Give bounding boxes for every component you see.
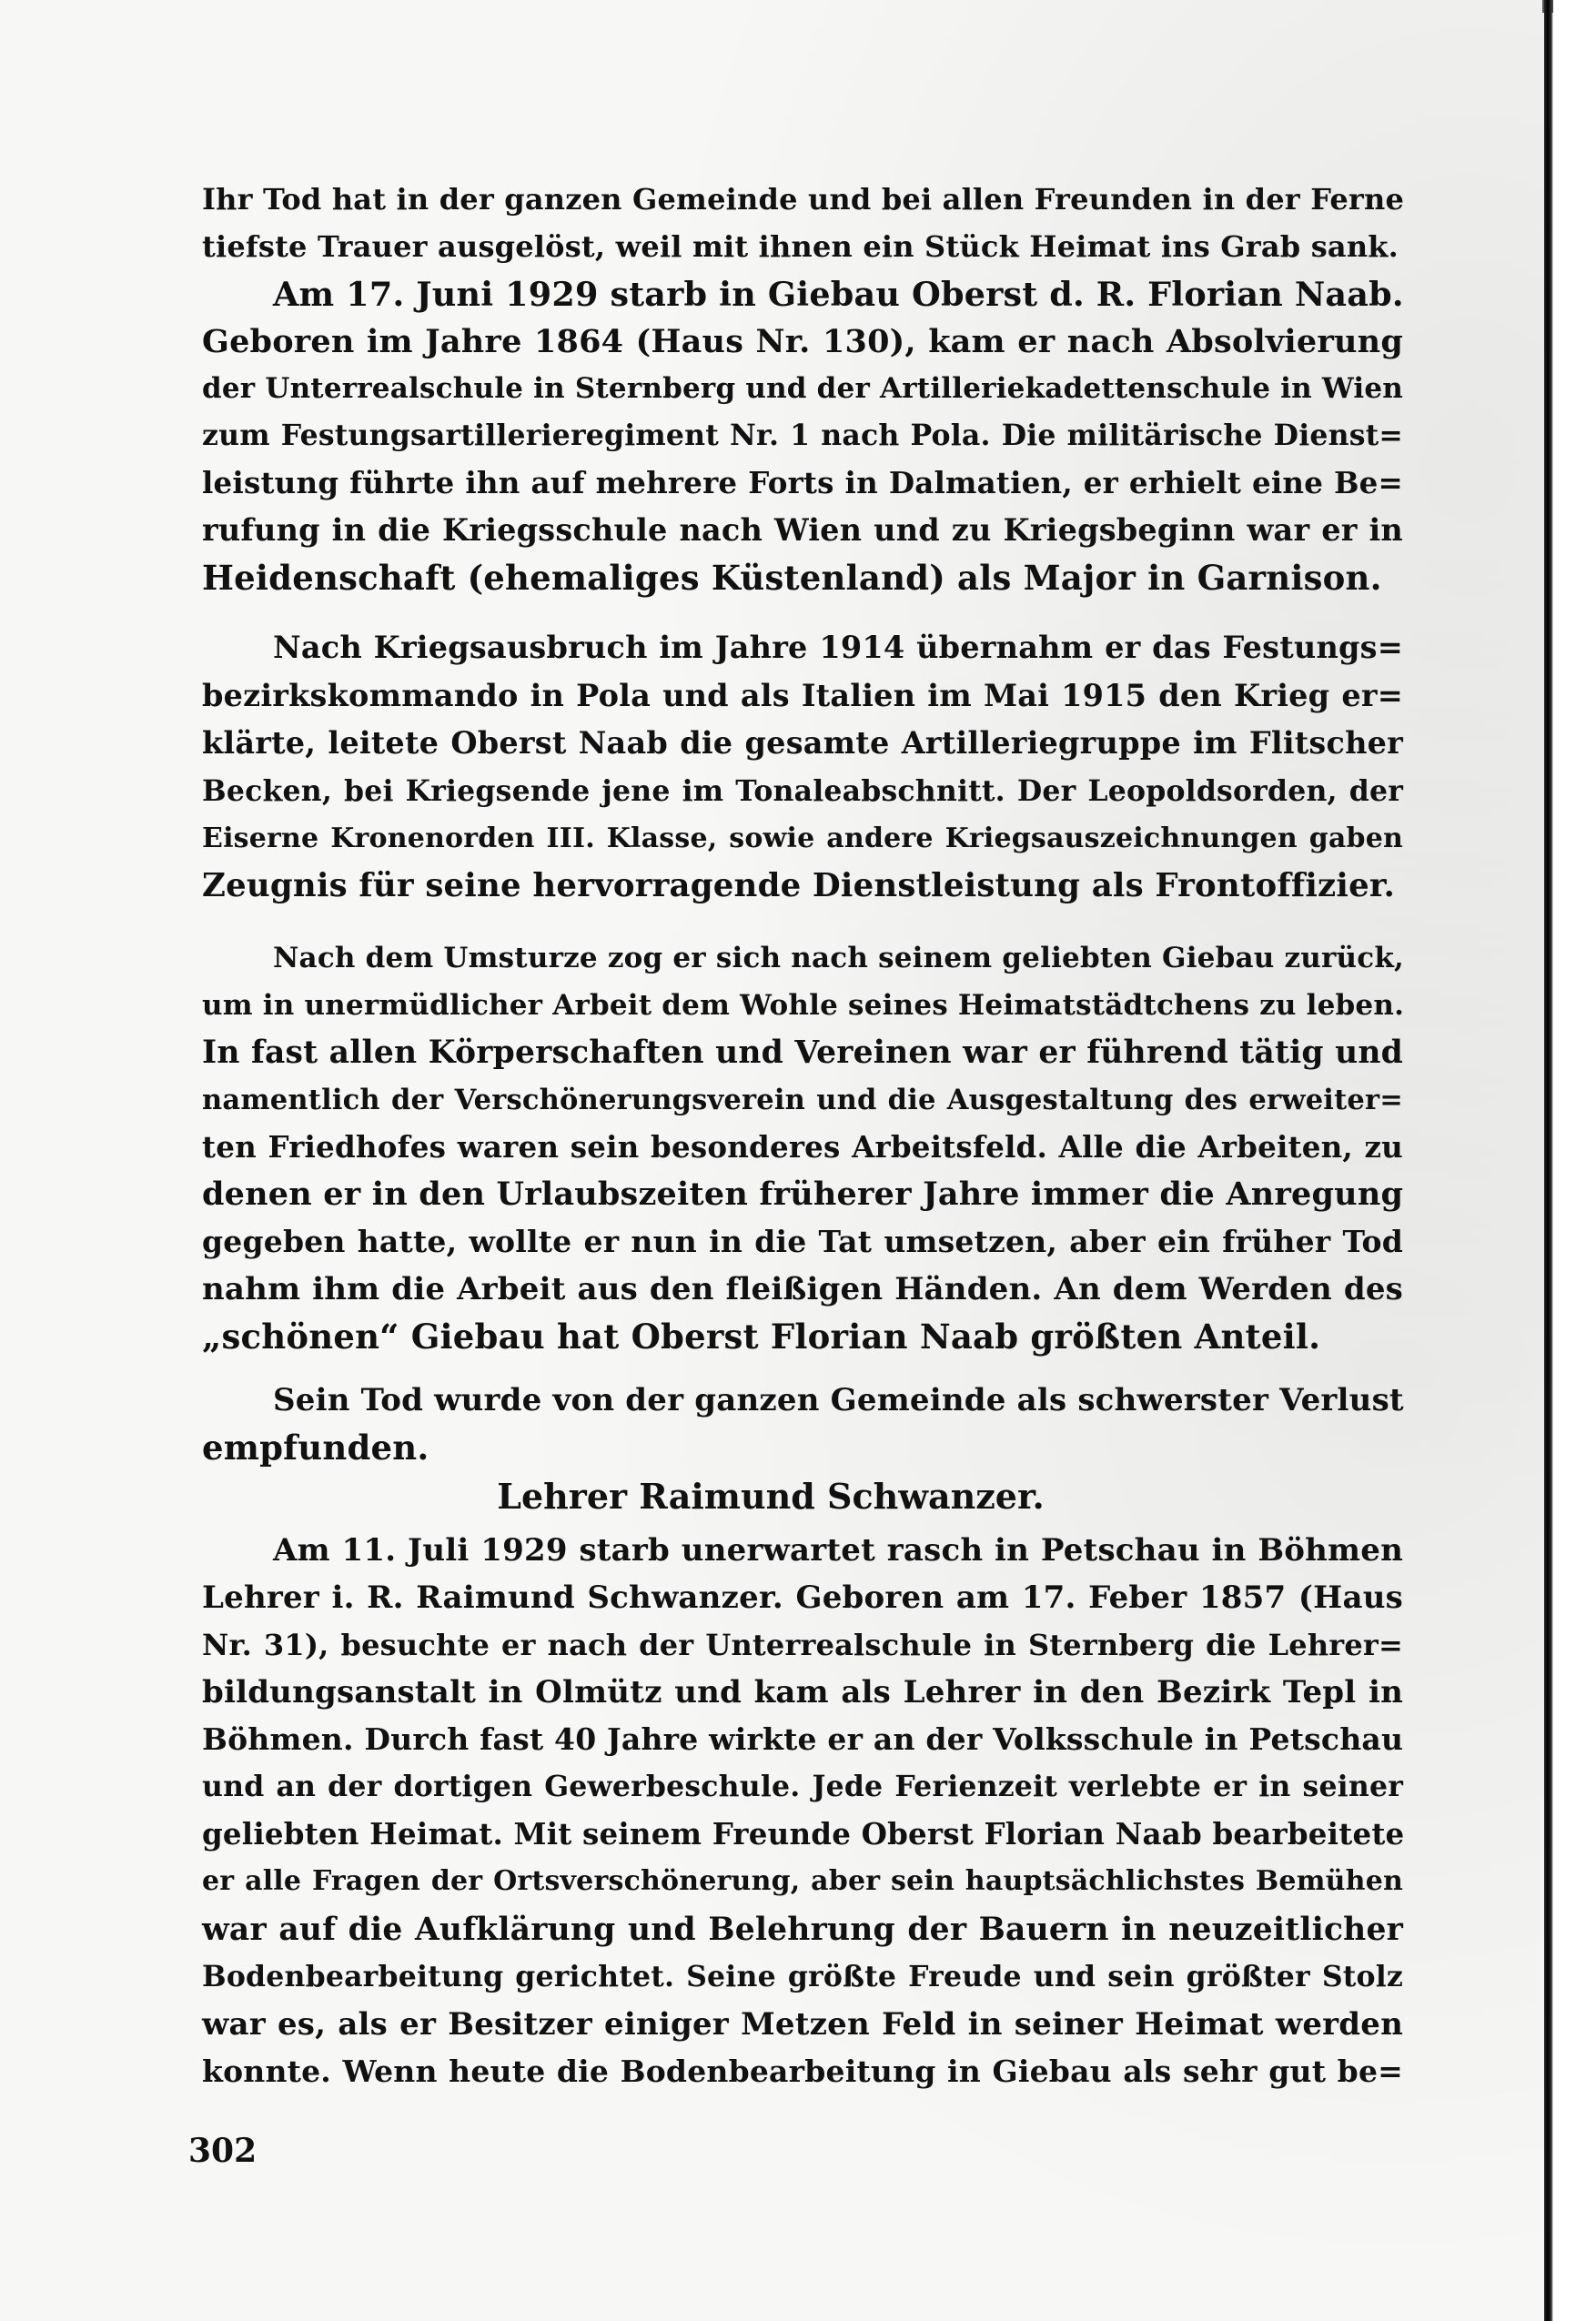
text-line: Nr. 31), besuchte er nach der Unterreals… xyxy=(202,1625,1403,1665)
text-line: um in unermüdlicher Arbeit dem Wohle sei… xyxy=(202,985,1403,1025)
page-number: 302 xyxy=(188,2131,257,2171)
text-line: bezirkskommando in Pola und als Italien … xyxy=(202,676,1403,716)
text-line: „schönen“ Giebau hat Oberst Florian Naab… xyxy=(202,1317,1403,1357)
text-line: leistung führte ihn auf mehrere Forts in… xyxy=(202,463,1403,503)
text-line: In fast allen Körperschaften und Vereine… xyxy=(202,1033,1403,1073)
text-line: Nach Kriegsausbruch im Jahre 1914 überna… xyxy=(273,628,1403,668)
text-line: empfunden. xyxy=(202,1428,1403,1468)
section-heading-text: Lehrer Raimund Schwanzer. xyxy=(497,1477,1044,1517)
text-line: Sein Tod wurde von der ganzen Gemeinde a… xyxy=(273,1380,1403,1420)
text-line: Am 11. Juli 1929 starb unerwartet rasch … xyxy=(273,1530,1403,1570)
text-line: er alle Fragen der Ortsverschönerung, ab… xyxy=(202,1862,1403,1902)
scan-background xyxy=(1553,0,1596,2321)
text-line: bildungsanstalt in Olmütz und kam als Le… xyxy=(202,1672,1403,1712)
text-line: der Unterrealschule in Sternberg und der… xyxy=(202,368,1403,409)
text-line: Ihr Tod hat in der ganzen Gemeinde und b… xyxy=(202,179,1403,219)
text-line: gegeben hatte, wollte er nun in die Tat … xyxy=(202,1222,1403,1262)
text-line: geliebten Heimat. Mit seinem Freunde Obe… xyxy=(202,1814,1403,1854)
text-line: denen er in den Urlaubszeiten früherer J… xyxy=(202,1175,1403,1215)
text-line: Nach dem Umsturze zog er sich nach seine… xyxy=(273,938,1403,978)
text-line: nahm ihm die Arbeit aus den fleißigen Hä… xyxy=(202,1269,1403,1309)
text-line: Lehrer i. R. Raimund Schwanzer. Geboren … xyxy=(202,1578,1403,1618)
text-line: tiefste Trauer ausgelöst, weil mit ihnen… xyxy=(202,227,1403,267)
text-line: Böhmen. Durch fast 40 Jahre wirkte er an… xyxy=(202,1720,1403,1760)
text-line: Eiserne Kronenorden III. Klasse, sowie a… xyxy=(202,819,1403,859)
text-line: konnte. Wenn heute die Bodenbearbeitung … xyxy=(202,2052,1403,2092)
page-edge-shadow xyxy=(1544,0,1553,2321)
text-line: namentlich der Verschönerungsverein und … xyxy=(202,1080,1403,1120)
text-line: Bodenbearbeitung gerichtet. Seine größte… xyxy=(202,1957,1403,1997)
text-line: war es, als er Besitzer einiger Metzen F… xyxy=(202,2004,1403,2044)
text-line: zum Festungsartillerieregiment Nr. 1 nac… xyxy=(202,416,1403,456)
text-line: Am 17. Juni 1929 starb in Giebau Oberst … xyxy=(273,275,1403,315)
text-line: Geboren im Jahre 1864 (Haus Nr. 130), ka… xyxy=(202,322,1403,362)
text-line: Becken, bei Kriegsende jene im Tonaleabs… xyxy=(202,772,1403,812)
text-line: Heidenschaft (ehemaliges Küstenland) als… xyxy=(202,558,1403,598)
book-page: Ihr Tod hat in der ganzen Gemeinde und b… xyxy=(0,0,1547,2321)
text-line: klärte, leitete Oberst Naab die gesamte … xyxy=(202,723,1403,763)
text-line: war auf die Aufklärung und Belehrung der… xyxy=(202,1910,1403,1950)
section-heading: Lehrer Raimund Schwanzer. xyxy=(0,1477,1596,1517)
text-line: und an der dortigen Gewerbeschule. Jede … xyxy=(202,1767,1403,1807)
text-line: ten Friedhofes waren sein besonderes Arb… xyxy=(202,1127,1403,1167)
text-line: Zeugnis für seine hervorragende Dienstle… xyxy=(202,866,1403,906)
text-line: rufung in die Kriegsschule nach Wien und… xyxy=(202,510,1403,550)
